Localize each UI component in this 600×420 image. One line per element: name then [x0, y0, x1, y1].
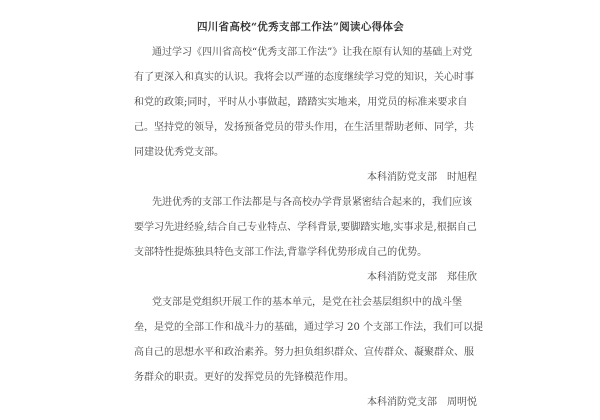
- signature-line: 本科消防党支部 时旭程: [134, 165, 477, 190]
- body-line: 己。坚持党的领导，发扬预备党员的带头作用，在生活里帮助老师、同学，共: [134, 115, 467, 140]
- signature-line: 本科消防党支部 周明悦: [134, 390, 477, 415]
- body-line: 有了更深入和真实的认识。我将会以严谨的态度继续学习党的知识，关心时事: [134, 65, 467, 90]
- body-line: 同建设优秀党支部。: [134, 140, 467, 165]
- essay-section: 先进优秀的支部工作法都是与各高校办学背景紧密结合起来的，我们应该要学习先进经验,…: [134, 190, 467, 290]
- body-line: 支部特性提炼独具特色支部工作法,背靠学科优势形成自己的优势。: [134, 240, 467, 265]
- body-line: 先进优秀的支部工作法都是与各高校办学背景紧密结合起来的，我们应该: [134, 190, 467, 215]
- document-page: 四川省高校“优秀支部工作法”阅读心得体会 通过学习《四川省高校“优秀支部工作法”…: [134, 15, 467, 415]
- body-line: 务群众的职责。更好的发挥党员的先锋模范作用。: [134, 365, 467, 390]
- essay-section: 党支部是党组织开展工作的基本单元，是党在社会基层组织中的战斗堡垒，是党的全部工作…: [134, 290, 467, 415]
- body-line: 垒，是党的全部工作和战斗力的基础，通过学习 20 个支部工作法，我们可以提: [134, 315, 467, 340]
- page-title: 四川省高校“优秀支部工作法”阅读心得体会: [134, 15, 467, 40]
- document-body: 通过学习《四川省高校“优秀支部工作法”》让我在原有认知的基础上对党有了更深入和真…: [134, 40, 467, 415]
- body-line: 高自己的思想水平和政治素养。努力担负组织群众、宣传群众、凝聚群众、服: [134, 340, 467, 365]
- body-line: 和党的政策;同时，平时从小事做起，踏踏实实地来，用党员的标准来要求自: [134, 90, 467, 115]
- body-line: 党支部是党组织开展工作的基本单元，是党在社会基层组织中的战斗堡: [134, 290, 467, 315]
- signature-line: 本科消防党支部 郑佳欣: [134, 265, 477, 290]
- body-line: 通过学习《四川省高校“优秀支部工作法”》让我在原有认知的基础上对党: [134, 40, 467, 65]
- essay-section: 通过学习《四川省高校“优秀支部工作法”》让我在原有认知的基础上对党有了更深入和真…: [134, 40, 467, 190]
- body-line: 要学习先进经验,结合自己专业特点、学科背景,要脚踏实地,实事求是,根据自己: [134, 215, 467, 240]
